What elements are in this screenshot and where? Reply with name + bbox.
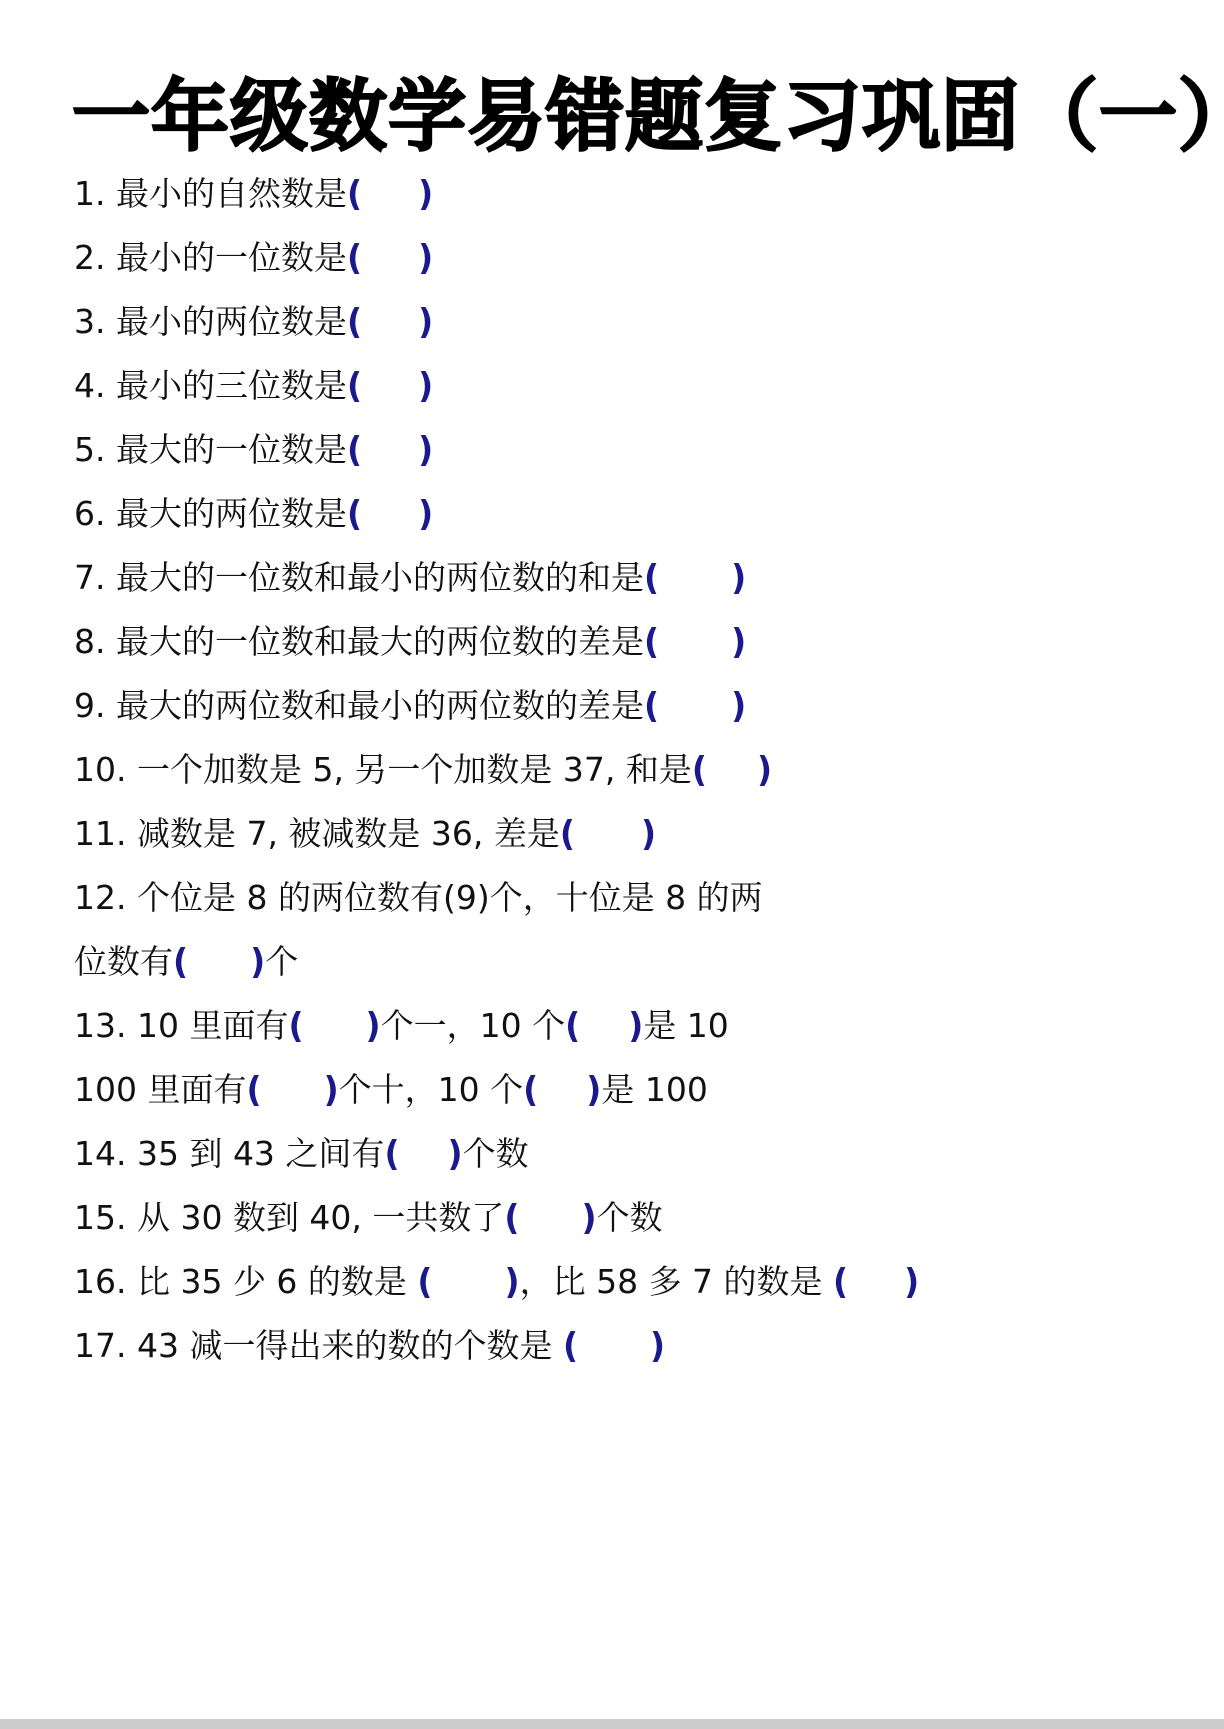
open-bracket: ( [644,544,659,611]
question-text: 13. 10 里面有 [74,1006,288,1045]
close-bracket: ) [731,672,746,739]
open-bracket: ( [288,992,303,1059]
question-text-suffix: 个数 [597,1198,663,1237]
close-bracket: ) [505,1248,520,1315]
question-11: 11. 减数是 7, 被减数是 36, 差是() [74,802,1174,866]
question-text: 6. 最大的两位数是 [74,494,347,533]
close-bracket: ) [418,160,433,227]
question-text-middle: ，比 58 多 7 的数是 [520,1262,833,1301]
question-text: 2. 最小的一位数是 [74,238,347,277]
question-text: 12. 个位是 8 的两位数有(9)个，十位是 8 的两 [74,878,763,917]
question-text-suffix: 是 100 [601,1070,707,1109]
question-13: 13. 10 里面有()个一，10 个()是 10 [74,994,1174,1058]
question-list: 1. 最小的自然数是() 2. 最小的一位数是() 3. 最小的两位数是() 4… [74,162,1174,1378]
question-13-continued: 100 里面有()个十，10 个()是 100 [74,1058,1174,1122]
close-bracket: ) [418,288,433,355]
open-bracket: ( [644,608,659,675]
question-text: 9. 最大的两位数和最小的两位数的差是 [74,686,644,725]
question-text: 100 里面有 [74,1070,246,1109]
open-bracket: ( [347,288,362,355]
question-text: 1. 最小的自然数是 [74,174,347,213]
open-bracket: ( [565,992,580,1059]
open-bracket: ( [644,672,659,739]
question-5: 5. 最大的一位数是() [74,418,1174,482]
question-1: 1. 最小的自然数是() [74,162,1174,226]
question-text: 5. 最大的一位数是 [74,430,347,469]
question-7: 7. 最大的一位数和最小的两位数的和是() [74,546,1174,610]
open-bracket: ( [173,928,188,995]
open-bracket: ( [347,480,362,547]
open-bracket: ( [523,1056,538,1123]
page-title: 一年级数学易错题复习巩固（一） [72,62,1224,172]
open-bracket: ( [563,1312,578,1379]
close-bracket: ) [418,352,433,419]
close-bracket: ) [904,1248,919,1315]
close-bracket: ) [418,480,433,547]
question-4: 4. 最小的三位数是() [74,354,1174,418]
question-12-continued: 位数有()个 [74,930,1174,994]
question-text: 14. 35 到 43 之间有 [74,1134,384,1173]
question-text-suffix: 个数 [463,1134,529,1173]
question-12: 12. 个位是 8 的两位数有(9)个，十位是 8 的两 [74,866,1174,930]
question-text: 11. 减数是 7, 被减数是 36, 差是 [74,814,560,853]
question-text: 10. 一个加数是 5, 另一个加数是 37, 和是 [74,750,692,789]
open-bracket: ( [347,160,362,227]
question-text: 15. 从 30 数到 40, 一共数了 [74,1198,504,1237]
close-bracket: ) [586,1056,601,1123]
open-bracket: ( [347,352,362,419]
question-3: 3. 最小的两位数是() [74,290,1174,354]
open-bracket: ( [246,1056,261,1123]
close-bracket: ) [448,1120,463,1187]
question-17: 17. 43 减一得出来的数的个数是 () [74,1314,1174,1378]
close-bracket: ) [324,1056,339,1123]
question-text: 16. 比 35 少 6 的数是 [74,1262,417,1301]
close-bracket: ) [641,800,656,867]
close-bracket: ) [418,416,433,483]
close-bracket: ) [582,1184,597,1251]
open-bracket: ( [347,416,362,483]
question-text-suffix: 是 10 [643,1006,728,1045]
question-text: 4. 最小的三位数是 [74,366,347,405]
close-bracket: ) [628,992,643,1059]
question-10: 10. 一个加数是 5, 另一个加数是 37, 和是() [74,738,1174,802]
open-bracket: ( [417,1248,432,1315]
close-bracket: ) [366,992,381,1059]
close-bracket: ) [731,544,746,611]
question-8: 8. 最大的一位数和最大的两位数的差是() [74,610,1174,674]
question-14: 14. 35 到 43 之间有()个数 [74,1122,1174,1186]
open-bracket: ( [347,224,362,291]
close-bracket: ) [650,1312,665,1379]
close-bracket: ) [757,736,772,803]
open-bracket: ( [384,1120,399,1187]
question-9: 9. 最大的两位数和最小的两位数的差是() [74,674,1174,738]
footer-bar [0,1719,1224,1729]
question-text: 8. 最大的一位数和最大的两位数的差是 [74,622,644,661]
question-16: 16. 比 35 少 6 的数是 ()，比 58 多 7 的数是 () [74,1250,1174,1314]
question-text: 位数有 [74,942,173,981]
question-text-middle: 个一，10 个 [381,1006,565,1045]
open-bracket: ( [560,800,575,867]
open-bracket: ( [833,1248,848,1315]
open-bracket: ( [504,1184,519,1251]
question-text-suffix: 个 [265,942,298,981]
question-2: 2. 最小的一位数是() [74,226,1174,290]
open-bracket: ( [692,736,707,803]
question-text: 17. 43 减一得出来的数的个数是 [74,1326,563,1365]
question-text: 3. 最小的两位数是 [74,302,347,341]
question-text-middle: 个十，10 个 [339,1070,523,1109]
question-text: 7. 最大的一位数和最小的两位数的和是 [74,558,644,597]
close-bracket: ) [731,608,746,675]
close-bracket: ) [250,928,265,995]
close-bracket: ) [418,224,433,291]
question-6: 6. 最大的两位数是() [74,482,1174,546]
question-15: 15. 从 30 数到 40, 一共数了()个数 [74,1186,1174,1250]
